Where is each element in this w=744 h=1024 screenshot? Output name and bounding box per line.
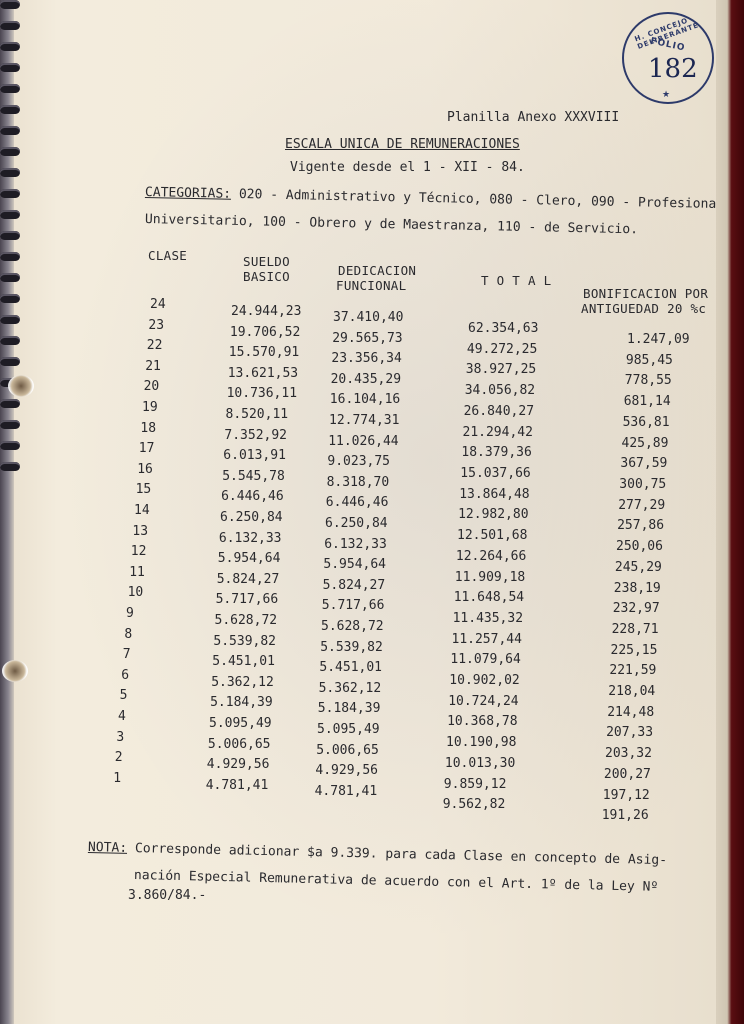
cell-total: 10.190,98 [446,735,516,750]
cell-bonificacion: 1.247,09 [627,332,690,347]
cell-bonificacion: 536,81 [623,415,670,430]
cell-clase: 22 [147,338,163,353]
categories-text-1: 020 - Administrativo y Técnico, 080 - Cl… [231,187,724,212]
cell-bonificacion: 238,19 [614,581,661,596]
folio-stamp: H. CONCEJO DELIBERANTE FOLIO 182 ★ [622,12,714,104]
categories-line-2: Universitario, 100 - Obrero y de Maestra… [145,212,638,237]
cell-clase: 11 [129,565,145,580]
cell-dedicacion-funcional: 5.184,39 [318,701,381,716]
coil-ring [0,399,20,408]
cell-dedicacion-funcional: 5.006,65 [316,743,379,758]
coil-ring [0,126,20,135]
cell-bonificacion: 277,29 [618,498,665,513]
cell-bonificacion: 203,32 [605,746,652,761]
cell-sueldo-basico: 5.184,39 [210,695,273,710]
cell-bonificacion: 425,89 [622,436,669,451]
cell-clase: 15 [136,482,152,497]
cell-bonificacion: 197,12 [603,788,650,803]
cell-clase: 10 [128,585,144,600]
validity-date: Vigente desde el 1 - XII - 84. [290,160,525,175]
categories-label: CATEGORIAS: [145,185,231,202]
stamp-folio-number: 182 [648,54,698,84]
note-line-3: 3.860/84.- [128,888,206,903]
cell-clase: 17 [139,441,155,456]
cell-sueldo-basico: 5.095,49 [209,716,272,731]
cell-sueldo-basico: 15.570,91 [229,345,299,360]
cell-dedicacion-funcional: 12.774,31 [329,413,399,428]
cell-total: 12.501,68 [457,528,527,543]
cell-bonificacion: 681,14 [624,394,671,409]
cell-sueldo-basico: 4.781,41 [206,778,269,793]
coil-ring [0,336,20,345]
cell-sueldo-basico: 5.628,72 [215,613,278,628]
cell-total: 12.264,66 [456,549,526,564]
coil-ring [0,189,20,198]
cell-clase: 8 [124,627,132,642]
cell-dedicacion-funcional: 6.250,84 [325,516,388,531]
cell-dedicacion-funcional: 5.628,72 [321,619,384,634]
coil-ring [0,0,20,9]
cell-bonificacion: 225,15 [611,643,658,658]
cell-total: 9.562,82 [443,797,506,812]
coil-ring [0,63,20,72]
note-line-2: nación Especial Remunerativa de acuerdo … [134,868,659,895]
cell-sueldo-basico: 4.929,56 [207,757,270,772]
cell-bonificacion: 367,59 [620,456,667,471]
cell-dedicacion-funcional: 29.565,73 [332,331,402,346]
cell-dedicacion-funcional: 5.717,66 [322,598,385,613]
cell-dedicacion-funcional: 5.362,12 [319,681,382,696]
coil-ring [0,357,20,366]
cell-clase: 19 [142,400,158,415]
coil-ring [0,168,20,177]
cell-bonificacion: 985,45 [626,353,673,368]
cell-bonificacion: 232,97 [613,601,660,616]
cell-clase: 20 [144,379,160,394]
cell-sueldo-basico: 6.132,33 [219,531,282,546]
cell-total: 34.056,82 [465,383,535,398]
stamp-folio-label: FOLIO [649,36,686,53]
cell-dedicacion-funcional: 37.410,40 [333,310,403,325]
cell-sueldo-basico: 6.250,84 [220,510,283,525]
coil-ring [0,294,20,303]
col-header-dedicacion-2: FUNCIONAL [336,278,406,293]
col-header-dedicacion-1: DEDICACION [338,263,416,278]
cell-sueldo-basico: 8.520,11 [226,407,289,422]
cell-clase: 7 [123,647,131,662]
cell-clase: 16 [137,462,153,477]
cell-sueldo-basico: 13.621,53 [228,366,298,381]
cell-dedicacion-funcional: 8.318,70 [327,475,390,490]
cell-total: 9.859,12 [444,777,507,792]
cell-total: 11.257,44 [452,632,522,647]
note-text-1: Corresponde adicionar $a 9.339. para cad… [127,841,667,868]
cell-bonificacion: 218,04 [608,684,655,699]
coil-ring [0,462,20,471]
cell-total: 11.435,32 [453,611,523,626]
cell-dedicacion-funcional: 16.104,16 [330,392,400,407]
cell-sueldo-basico: 7.352,92 [224,428,287,443]
document-title: ESCALA UNICA DE REMUNERACIONES [285,137,520,152]
cell-sueldo-basico: 5.954,64 [218,551,281,566]
coil-ring [0,105,20,114]
cell-dedicacion-funcional: 11.026,44 [328,434,398,449]
cell-bonificacion: 200,27 [604,767,651,782]
cell-sueldo-basico: 6.446,46 [221,489,284,504]
cell-total: 10.013,30 [445,756,515,771]
cell-total: 11.079,64 [450,652,520,667]
page-edge [716,0,744,1024]
cell-dedicacion-funcional: 5.954,64 [323,557,386,572]
col-header-total: T O T A L [481,273,551,288]
cell-total: 13.864,48 [459,487,529,502]
cell-dedicacion-funcional: 20.435,29 [331,372,401,387]
coil-ring [0,21,20,30]
cell-clase: 21 [145,359,161,374]
cell-total: 10.368,78 [447,714,517,729]
col-header-clase: CLASE [148,248,187,263]
coil-ring [0,420,20,429]
coil-ring [0,252,20,261]
cell-clase: 1 [113,771,121,786]
cell-sueldo-basico: 5.717,66 [216,592,279,607]
cell-clase: 3 [116,730,124,745]
cell-bonificacion: 250,06 [616,539,663,554]
cell-clase: 12 [131,544,147,559]
coil-ring [0,42,20,51]
cell-sueldo-basico: 5.539,82 [213,634,276,649]
cell-clase: 2 [115,750,123,765]
cell-total: 26.840,27 [464,404,534,419]
cell-bonificacion: 245,29 [615,560,662,575]
cell-clase: 6 [121,668,129,683]
coil-ring [0,315,20,324]
cell-sueldo-basico: 10.736,11 [227,386,297,401]
cell-bonificacion: 214,48 [607,705,654,720]
cell-bonificacion: 778,55 [625,373,672,388]
cell-total: 10.902,02 [449,673,519,688]
coil-ring [0,231,20,240]
cell-dedicacion-funcional: 23.356,34 [331,351,401,366]
star-icon: ★ [662,90,670,100]
cell-clase: 13 [132,524,148,539]
document-page: H. CONCEJO DELIBERANTE FOLIO 182 ★ Plani… [0,0,716,1024]
col-header-bonificacion-1: BONIFICACION POR [583,286,708,301]
cell-sueldo-basico: 5.006,65 [208,737,271,752]
note-label: NOTA: [88,840,127,856]
cell-bonificacion: 191,26 [602,808,649,823]
coil-ring [0,441,20,450]
coil-ring [0,84,20,93]
punch-hole-tear [8,375,34,397]
col-header-sueldo-1: SUELDO [243,254,290,269]
cell-total: 49.272,25 [467,342,537,357]
annex-label: Planilla Anexo XXXVIII [447,110,619,125]
cell-clase: 4 [118,709,126,724]
cell-total: 12.982,80 [458,507,528,522]
categories-line-1: CATEGORIAS: 020 - Administrativo y Técni… [145,185,724,212]
coil-ring [0,147,20,156]
note-line-1: NOTA: Corresponde adicionar $a 9.339. pa… [88,840,667,868]
cell-clase: 9 [126,606,134,621]
cell-total: 62.354,63 [468,321,538,336]
cell-dedicacion-funcional: 4.929,56 [315,763,378,778]
cell-total: 10.724,24 [448,694,518,709]
col-header-bonificacion-2: ANTIGUEDAD 20 %c [581,301,706,316]
cell-sueldo-basico: 5.545,78 [222,469,285,484]
cell-clase: 14 [134,503,150,518]
cell-sueldo-basico: 19.706,52 [230,325,300,340]
cell-dedicacion-funcional: 4.781,41 [315,784,378,799]
punch-hole-tear [2,660,28,682]
cell-total: 21.294,42 [463,425,533,440]
cell-dedicacion-funcional: 9.023,75 [327,454,390,469]
cell-sueldo-basico: 5.824,27 [217,572,280,587]
cell-dedicacion-funcional: 6.446,46 [326,495,389,510]
cell-dedicacion-funcional: 5.451,01 [319,660,382,675]
cell-bonificacion: 207,33 [606,725,653,740]
coil-ring [0,210,20,219]
cell-dedicacion-funcional: 5.095,49 [317,722,380,737]
cell-clase: 24 [150,297,166,312]
cell-total: 38.927,25 [466,362,536,377]
cell-clase: 18 [140,421,156,436]
cell-clase: 5 [120,688,128,703]
cell-bonificacion: 257,86 [617,518,664,533]
coil-ring [0,273,20,282]
cell-total: 11.909,18 [455,570,525,585]
col-header-sueldo-2: BASICO [243,269,290,284]
cell-dedicacion-funcional: 5.824,27 [323,578,386,593]
cell-sueldo-basico: 5.362,12 [211,675,274,690]
cell-sueldo-basico: 24.944,23 [231,304,301,319]
cell-bonificacion: 228,71 [612,622,659,637]
cell-total: 15.037,66 [460,466,530,481]
cell-total: 11.648,54 [454,590,524,605]
cell-dedicacion-funcional: 5.539,82 [320,640,383,655]
cell-dedicacion-funcional: 6.132,33 [324,537,387,552]
cell-total: 18.379,36 [461,445,531,460]
cell-bonificacion: 221,59 [609,663,656,678]
cell-sueldo-basico: 5.451,01 [212,654,275,669]
cell-sueldo-basico: 6.013,91 [223,448,286,463]
cell-clase: 23 [148,318,164,333]
cell-bonificacion: 300,75 [619,477,666,492]
